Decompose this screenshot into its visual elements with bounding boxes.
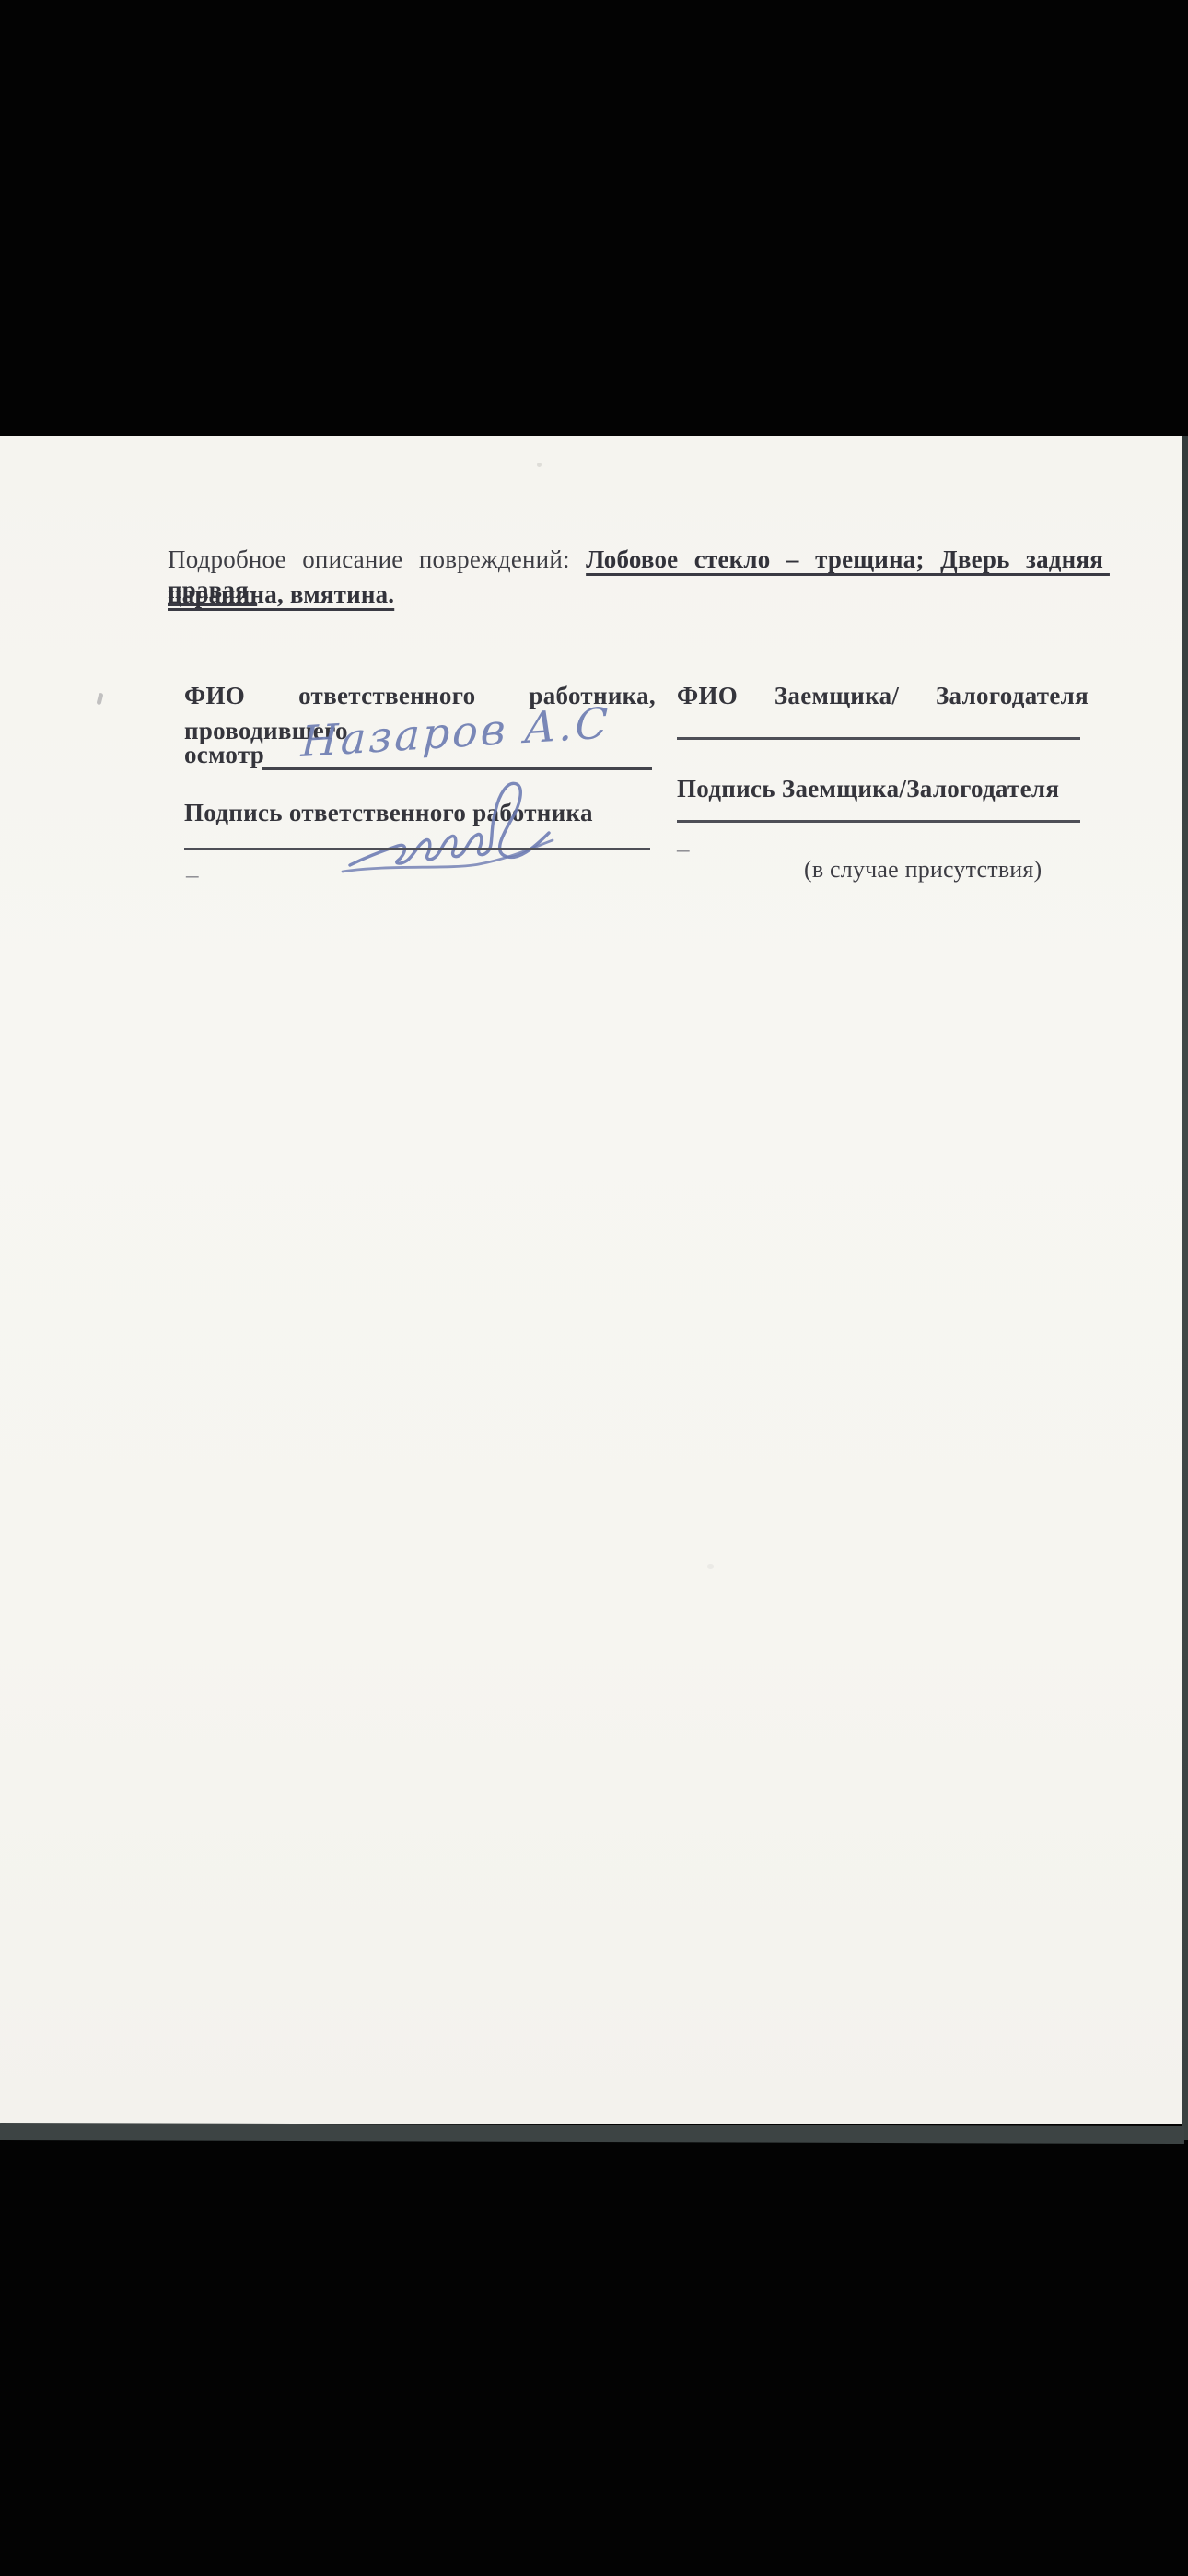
borrower-signature-label: Подпись Заемщика/Залогодателя xyxy=(677,774,1059,804)
damage-description-line2: царапина, вмятина. xyxy=(168,580,394,610)
scan-speck xyxy=(707,1564,714,1569)
scan-speck xyxy=(537,463,542,467)
inspector-name-label-line3: осмотр xyxy=(184,740,264,770)
presence-note: (в случае присутствия) xyxy=(804,854,1042,884)
scanner-edge-bottom xyxy=(0,2123,1184,2144)
inspector-signature-line xyxy=(184,848,650,850)
right-footnote-dash: – xyxy=(677,837,690,861)
scanner-edge-right xyxy=(1182,436,1188,2140)
left-footnote-dash: – xyxy=(186,862,199,887)
borrower-name-line xyxy=(677,737,1080,740)
damage-description-label: Подробное описание повреждений: xyxy=(168,545,586,573)
inspector-name-line xyxy=(262,767,652,770)
borrower-name-label: ФИО Заемщика/ Залогодателя xyxy=(677,681,1089,711)
borrower-signature-line xyxy=(677,820,1080,823)
scan-viewport: Подробное описание повреждений: Лобовое … xyxy=(0,0,1188,2576)
inspector-signature-scribble xyxy=(341,776,558,879)
